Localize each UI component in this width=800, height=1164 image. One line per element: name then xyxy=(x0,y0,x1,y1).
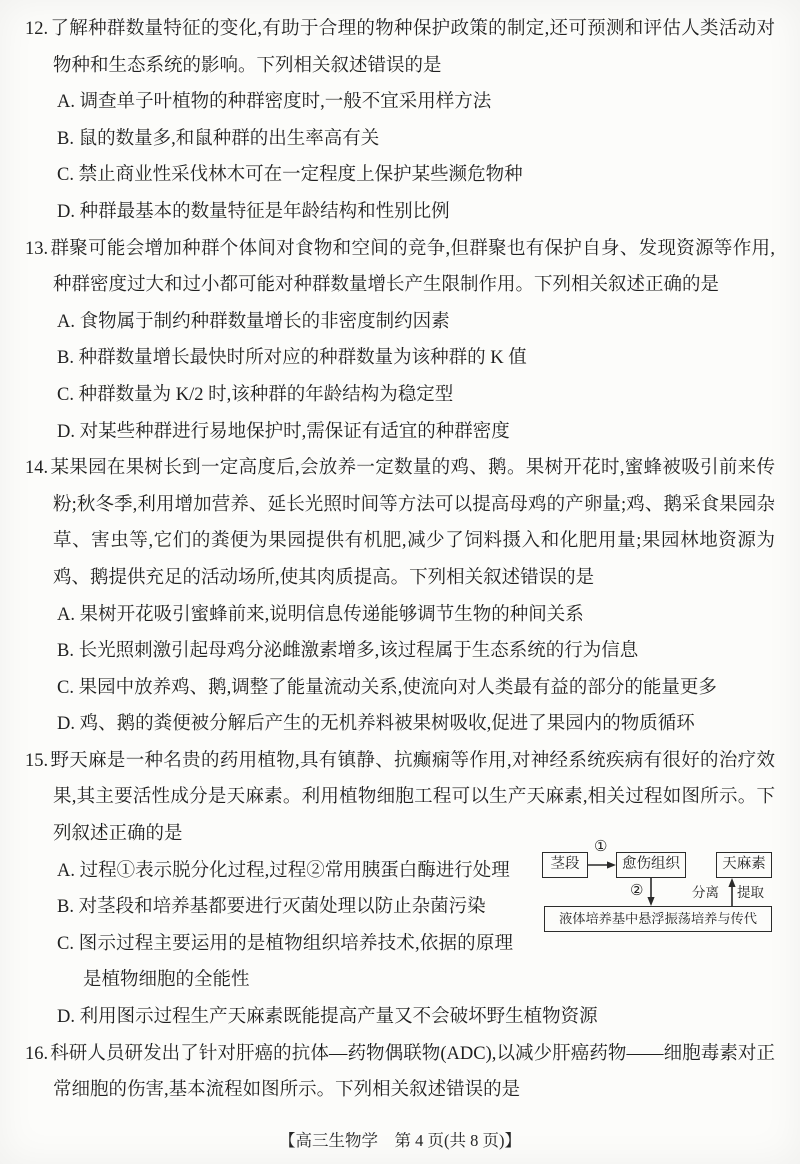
arrow-culture-to-gastrodin xyxy=(728,878,735,906)
question-13-stem: 13.群聚可能会增加种群个体间对食物和空间的竞争,但群聚也有保护自身、发现资源等… xyxy=(25,231,775,304)
diagram-label-step1: ① xyxy=(594,840,607,855)
question-15-stem-text: 野天麻是一种名贵的药用植物,具有镇静、抗癫痫等作用,对神经系统疾病有很好的治疗效… xyxy=(50,751,775,844)
question-12-number: 12. xyxy=(25,19,50,39)
question-15-number: 15. xyxy=(25,751,50,771)
question-14-number: 14. xyxy=(25,458,50,478)
diagram-box-liquid-culture: 液体培养基中悬浮振荡培养与传代 xyxy=(544,906,772,932)
question-14-option-c: C. 果园中放养鸡、鹅,调整了能量流动关系,使流向对人类最有益的部分的能量更多 xyxy=(57,670,775,707)
diagram-label-separate: 分离 xyxy=(692,886,719,900)
question-13: 13.群聚可能会增加种群个体间对食物和空间的竞争,但群聚也有保护自身、发现资源等… xyxy=(25,231,775,451)
question-14-option-d: D. 鸡、鹅的粪便被分解后产生的无机养料被果树吸收,促进了果园内的物质循环 xyxy=(57,706,775,743)
question-14: 14.某果园在果树长到一定高度后,会放养一定数量的鸡、鹅。果树开花时,蜜蜂被吸引… xyxy=(25,450,775,743)
page-footer: 【高三生物学 第 4 页(共 8 页)】 xyxy=(0,1127,800,1151)
question-12: 12.了解种群数量特征的变化,有助于合理的物种保护政策的制定,还可预测和评估人类… xyxy=(25,11,775,231)
question-16-number: 16. xyxy=(25,1044,50,1064)
question-15-option-d: D. 利用图示过程生产天麻素既能提高产量又不会破坏野生植物资源 xyxy=(57,999,775,1036)
arrow-callus-to-culture xyxy=(647,878,654,906)
question-14-option-a: A. 果树开花吸引蜜蜂前来,说明信息传递能够调节生物的种间关系 xyxy=(57,597,775,634)
tissue-culture-diagram-inner: 茎段 愈伤组织 天麻素 液体培养基中悬浮振荡培养与传代 ① ② 分离 提取 xyxy=(540,844,775,942)
diagram-box-stem-segment: 茎段 xyxy=(542,852,588,878)
question-16-stem-text: 科研人员研发出了针对肝癌的抗体—药物偶联物(ADC),以减少肝癌药物——细胞毒素… xyxy=(50,1044,775,1101)
tissue-culture-diagram: 茎段 愈伤组织 天麻素 液体培养基中悬浮振荡培养与传代 ① ② 分离 提取 xyxy=(519,844,775,944)
question-12-option-a: A. 调查单子叶植物的种群密度时,一般不宜采用样方法 xyxy=(57,84,775,121)
question-13-number: 13. xyxy=(25,239,50,259)
question-12-option-d: D. 种群最基本的数量特征是年龄结构和性别比例 xyxy=(57,194,775,231)
question-12-stem: 12.了解种群数量特征的变化,有助于合理的物种保护政策的制定,还可预测和评估人类… xyxy=(25,11,775,84)
question-16: 16.科研人员研发出了针对肝癌的抗体—药物偶联物(ADC),以减少肝癌药物——细… xyxy=(25,1036,775,1109)
diagram-box-callus: 愈伤组织 xyxy=(616,852,686,878)
question-12-option-c: C. 禁止商业性采伐林木可在一定程度上保护某些濒危物种 xyxy=(57,157,775,194)
exam-content: 12.了解种群数量特征的变化,有助于合理的物种保护政策的制定,还可预测和评估人类… xyxy=(25,11,775,1109)
diagram-box-gastrodin: 天麻素 xyxy=(716,852,772,878)
diagram-label-extract: 提取 xyxy=(737,886,764,900)
question-14-stem: 14.某果园在果树长到一定高度后,会放养一定数量的鸡、鹅。果树开花时,蜜蜂被吸引… xyxy=(25,450,775,596)
question-12-stem-text: 了解种群数量特征的变化,有助于合理的物种保护政策的制定,还可预测和评估人类活动对… xyxy=(50,19,775,76)
question-13-option-b: B. 种群数量增长最快时所对应的种群数量为该种群的 K 值 xyxy=(57,340,775,377)
exam-page: 12.了解种群数量特征的变化,有助于合理的物种保护政策的制定,还可预测和评估人类… xyxy=(0,0,800,1164)
question-16-stem: 16.科研人员研发出了针对肝癌的抗体—药物偶联物(ADC),以减少肝癌药物——细… xyxy=(25,1036,775,1109)
question-12-option-b: B. 鼠的数量多,和鼠种群的出生率高有关 xyxy=(57,121,775,158)
arrow-stem-to-callus xyxy=(588,861,616,868)
question-14-option-b: B. 长光照刺激引起母鸡分泌雌激素增多,该过程属于生态系统的行为信息 xyxy=(57,633,775,670)
question-13-option-d: D. 对某些种群进行易地保护时,需保证有适宜的种群密度 xyxy=(57,414,775,451)
question-15-stem: 15.野天麻是一种名贵的药用植物,具有镇静、抗癫痫等作用,对神经系统疾病有很好的… xyxy=(25,743,775,853)
question-13-option-a: A. 食物属于制约种群数量增长的非密度制约因素 xyxy=(57,304,775,341)
question-15: 15.野天麻是一种名贵的药用植物,具有镇静、抗癫痫等作用,对神经系统疾病有很好的… xyxy=(25,743,775,1036)
question-13-option-c: C. 种群数量为 K/2 时,该种群的年龄结构为稳定型 xyxy=(57,377,775,414)
diagram-label-step2: ② xyxy=(630,884,643,899)
question-13-stem-text: 群聚可能会增加种群个体间对食物和空间的竞争,但群聚也有保护自身、发现资源等作用,… xyxy=(50,239,775,296)
question-14-stem-text: 某果园在果树长到一定高度后,会放养一定数量的鸡、鹅。果树开花时,蜜蜂被吸引前来传… xyxy=(50,458,775,588)
